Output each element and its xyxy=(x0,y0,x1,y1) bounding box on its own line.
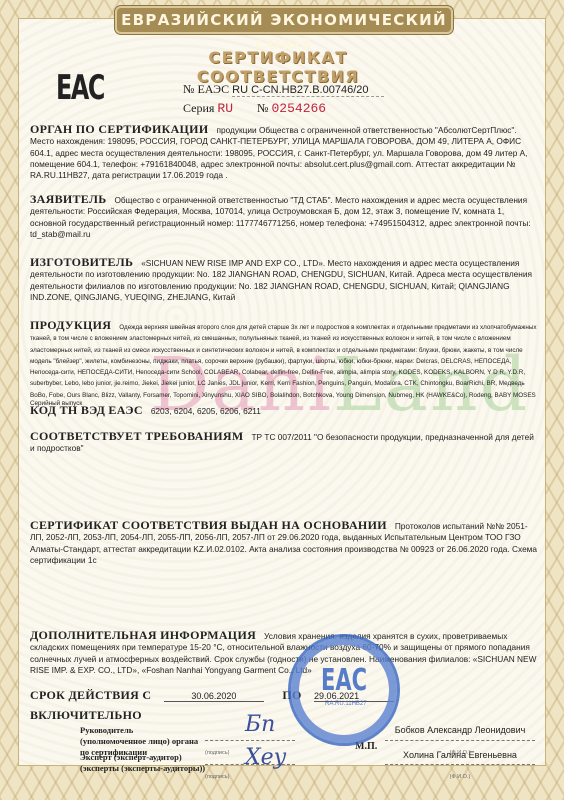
section-heading: ДОПОЛНИТЕЛЬНАЯ ИНФОРМАЦИЯ xyxy=(30,628,256,642)
section-applicant: ЗАЯВИТЕЛЬОбщество с ограниченной ответст… xyxy=(30,194,538,240)
stamp-eac-icon: ЕАС xyxy=(321,663,367,698)
section-product: ПРОДУКЦИЯОдежда верхняя швейная второго … xyxy=(30,320,538,408)
expert-name-caption: (Ф.И.О.) xyxy=(450,774,471,780)
certificate-number-value: RU C-CN.НВ27.В.00746/20 xyxy=(232,84,384,97)
eac-logo-icon: ЕАС xyxy=(56,68,104,108)
expert-name: Холина Галина Евгеньевна xyxy=(385,750,535,760)
section-tnved: КОД ТН ВЭД ЕАЭС6203, 6204, 6205, 6206, 6… xyxy=(30,405,538,417)
series-label: Серия xyxy=(183,101,214,115)
seal-stamp: ЕАС RA.RU.11НВ27 xyxy=(288,634,400,746)
section-text: Одежда верхняя швейная второго слоя для … xyxy=(30,324,537,399)
stamp-text: RA.RU.11НВ27 xyxy=(325,701,367,707)
certificate-title: СЕРТИФИКАТ СООТВЕТСТВИЯ xyxy=(148,48,408,86)
certificate-number-label: № ЕАЭС xyxy=(183,82,229,96)
section-basis: СЕРТИФИКАТ СООТВЕТСТВИЯ ВЫДАН НА ОСНОВАН… xyxy=(30,520,538,566)
section-heading: СООТВЕТСТВУЕТ ТРЕБОВАНИЯМ xyxy=(30,429,243,443)
section-requirements: СООТВЕТСТВУЕТ ТРЕБОВАНИЯМТР ТС 007/2011 … xyxy=(30,431,538,455)
union-banner: ЕВРАЗИЙСКИЙ ЭКОНОМИЧЕСКИЙ СОЮЗ xyxy=(115,6,453,34)
head-signature: Бп xyxy=(245,712,275,737)
blank-number-label: № xyxy=(257,101,268,115)
expert-signature: Хеу xyxy=(245,745,286,770)
section-certification-body: ОРГАН ПО СЕРТИФИКАЦИИпродукции Общества … xyxy=(30,124,538,181)
section-heading: СЕРТИФИКАТ СООТВЕТСТВИЯ ВЫДАН НА ОСНОВАН… xyxy=(30,518,387,532)
validity-from-date: 30.06.2020 xyxy=(164,691,264,702)
blank-number-value: 0254266 xyxy=(271,101,326,116)
validity-from-label: СРОК ДЕЙСТВИЯ С xyxy=(30,688,151,702)
section-heading: КОД ТН ВЭД ЕАЭС xyxy=(30,403,143,417)
section-manufacturer: ИЗГОТОВИТЕЛЬ«SICHUAN NEW RISE IMP AND EX… xyxy=(30,257,538,303)
section-heading: ЗАЯВИТЕЛЬ xyxy=(30,192,106,206)
certificate-number: № ЕАЭС RU C-CN.НВ27.В.00746/20 xyxy=(183,82,384,97)
head-name: Бобков Александр Леонидович xyxy=(385,725,535,735)
series-value: RU xyxy=(217,101,233,116)
section-heading: ПРОДУКЦИЯ xyxy=(30,318,111,332)
section-heading: ИЗГОТОВИТЕЛЬ xyxy=(30,255,133,269)
section-heading: ОРГАН ПО СЕРТИФИКАЦИИ xyxy=(30,122,208,136)
certificate-page: ЕВРАЗИЙСКИЙ ЭКОНОМИЧЕСКИЙ СОЮЗ СЕРТИФИКА… xyxy=(0,0,564,800)
section-text: 6203, 6204, 6205, 6206, 6211 xyxy=(151,406,261,416)
section-additional-info: ДОПОЛНИТЕЛЬНАЯ ИНФОРМАЦИЯУсловия хранени… xyxy=(30,630,538,676)
expert-signature-caption: (подпись) xyxy=(205,774,229,780)
certificate-series: Серия RU № 0254266 xyxy=(183,101,326,116)
expert-label: Эксперт (эксперт-аудитор) (эксперты (экс… xyxy=(80,752,210,774)
